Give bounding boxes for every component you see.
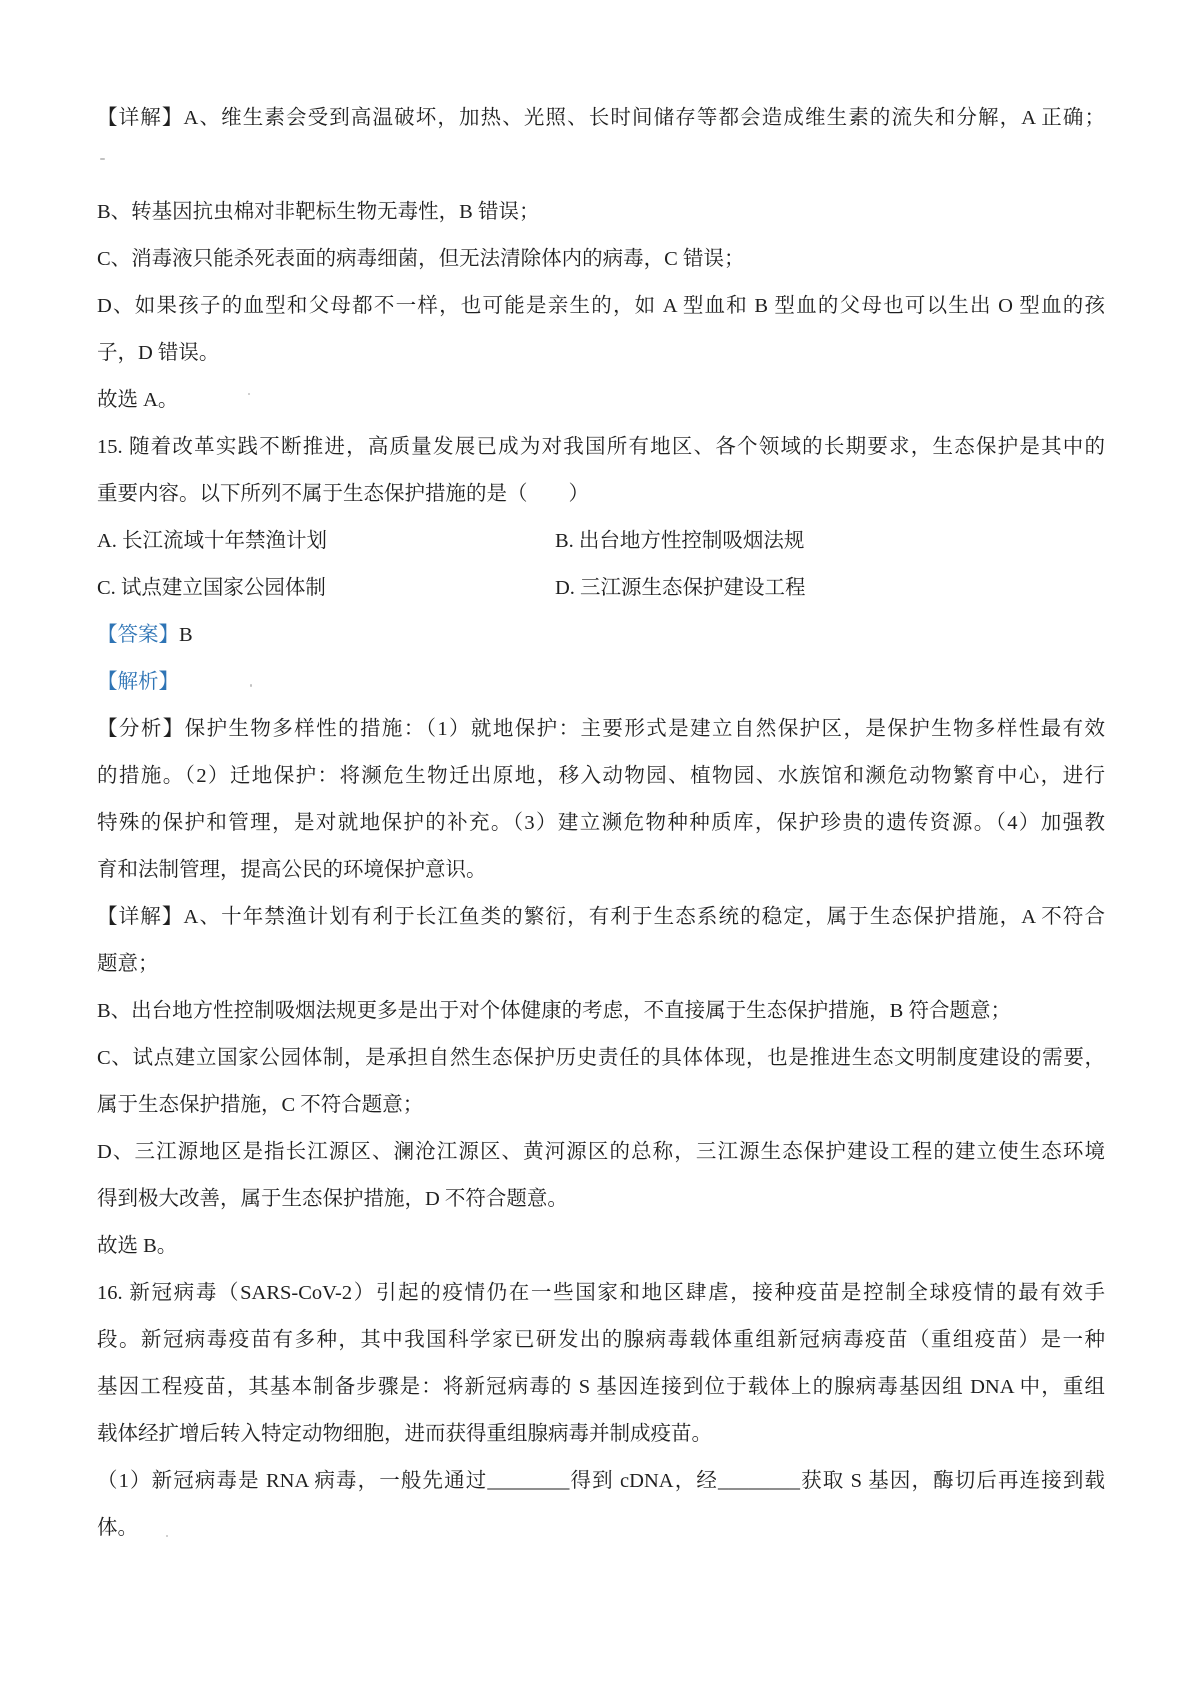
q15-stem-line1: 15. 随着改革实践不断推进，高质量发展已成为对我国所有地区、各个领域的长期要求…: [97, 424, 1105, 471]
q14-option-b-eval: B、转基因抗虫棉对非靶标生物无毒性，B 错误；: [97, 189, 1105, 236]
q15-options-row-1: A. 长江流域十年禁渔计划B. 出台地方性控制吸烟法规: [97, 518, 1105, 565]
q15-analysis-label-line: 【解析】: [97, 659, 1105, 706]
q15-detail-a-line1: 【详解】A、十年禁渔计划有利于长江鱼类的繁衍，有利于生态系统的稳定，属于生态保护…: [97, 894, 1105, 941]
q15-detail-d-line1: D、三江源地区是指长江源区、澜沧江源区、黄河源区的总称，三江源生态保护建设工程的…: [97, 1129, 1105, 1176]
q15-detail-a-line2: 题意；: [97, 941, 1105, 988]
document-body: 【详解】A、维生素会受到高温破坏，加热、光照、长时间储存等都会造成维生素的流失和…: [97, 95, 1105, 1552]
q15-conclusion: 故选 B。: [97, 1223, 1105, 1270]
q16-stem-line1: 16. 新冠病毒（SARS-CoV-2）引起的疫情仍在一些国家和地区肆虐，接种疫…: [97, 1270, 1105, 1317]
blank-line: [97, 142, 1105, 189]
q15-detail-d-line2: 得到极大改善，属于生态保护措施，D 不符合题意。: [97, 1176, 1105, 1223]
q16-stem-line2: 段。新冠病毒疫苗有多种，其中我国科学家已研发出的腺病毒载体重组新冠病毒疫苗（重组…: [97, 1317, 1105, 1364]
q15-option-b: B. 出台地方性控制吸烟法规: [555, 530, 804, 552]
q14-option-d-eval-line1: D、如果孩子的血型和父母都不一样，也可能是亲生的，如 A 型血和 B 型血的父母…: [97, 283, 1105, 330]
q16-stem-line4: 载体经扩增后转入特定动物细胞，进而获得重组腺病毒并制成疫苗。: [97, 1411, 1105, 1458]
q15-analysis-line3: 特殊的保护和管理，是对就地保护的补充。（3）建立濒危物种种质库，保护珍贵的遗传资…: [97, 800, 1105, 847]
q15-detail-c-line2: 属于生态保护措施，C 不符合题意；: [97, 1082, 1105, 1129]
document-page: 【详解】A、维生素会受到高温破坏，加热、光照、长时间储存等都会造成维生素的流失和…: [0, 0, 1200, 1698]
q15-stem-line2: 重要内容。以下所列不属于生态保护措施的是（ ）: [97, 471, 1105, 518]
q16-sub1-line2: 体。: [97, 1505, 1105, 1552]
q14-detail-line: 【详解】A、维生素会受到高温破坏，加热、光照、长时间储存等都会造成维生素的流失和…: [97, 95, 1105, 142]
q15-detail-b: B、出台地方性控制吸烟法规更多是出于对个体健康的考虑，不直接属于生态保护措施，B…: [97, 988, 1105, 1035]
q15-analysis-line2: 的措施。（2）迁地保护：将濒危生物迁出原地，移入动物园、植物园、水族馆和濒危动物…: [97, 753, 1105, 800]
q14-option-c-eval: C、消毒液只能杀死表面的病毒细菌，但无法清除体内的病毒，C 错误；: [97, 236, 1105, 283]
q15-detail-c-line1: C、试点建立国家公园体制，是承担自然生态保护历史责任的具体体现，也是推进生态文明…: [97, 1035, 1105, 1082]
q15-option-d: D. 三江源生态保护建设工程: [555, 577, 806, 599]
q15-option-c: C. 试点建立国家公园体制: [97, 565, 555, 612]
q14-conclusion: 故选 A。: [97, 377, 1105, 424]
analysis-label: 【解析】: [97, 671, 179, 693]
answer-label: 【答案】: [97, 624, 179, 646]
q15-analysis-line1: 【分析】保护生物多样性的措施：（1）就地保护：主要形式是建立自然保护区，是保护生…: [97, 706, 1105, 753]
q15-option-a: A. 长江流域十年禁渔计划: [97, 518, 555, 565]
q15-analysis-line4: 育和法制管理，提高公民的环境保护意识。: [97, 847, 1105, 894]
q15-answer-line: 【答案】B: [97, 612, 1105, 659]
q14-option-d-eval-line2: 子，D 错误。: [97, 330, 1105, 377]
q16-sub1-line1: （1）新冠病毒是 RNA 病毒，一般先通过________得到 cDNA，经__…: [97, 1458, 1105, 1505]
answer-value: B: [179, 624, 193, 646]
q15-options-row-2: C. 试点建立国家公园体制D. 三江源生态保护建设工程: [97, 565, 1105, 612]
q16-stem-line3: 基因工程疫苗，其基本制备步骤是：将新冠病毒的 S 基因连接到位于载体上的腺病毒基…: [97, 1364, 1105, 1411]
